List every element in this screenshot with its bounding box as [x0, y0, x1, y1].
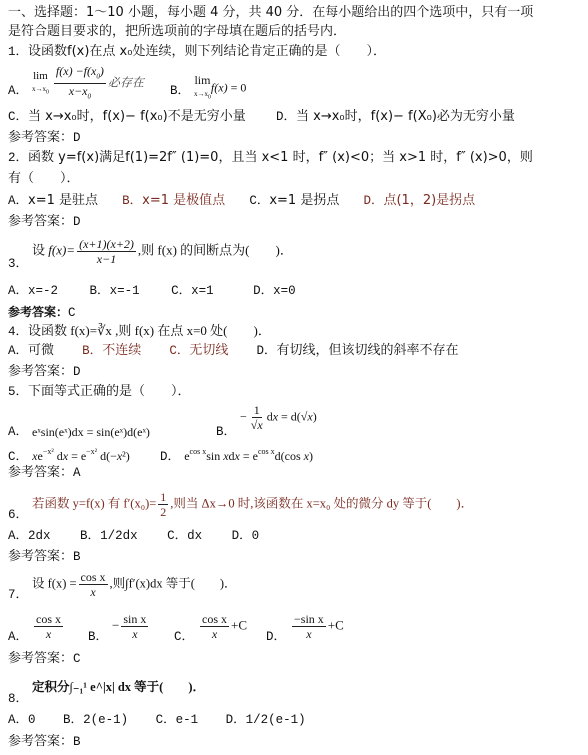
question-8-options: A．0 B．2(e-1) C．e-1 D．1/2(e-1)	[8, 711, 324, 729]
question-5-options-cd: C． xe−x² dx = e−x² d(−x²) D． ecos xsin x…	[8, 443, 313, 466]
question-6-options: A．2dx B．1/2dx C．dx D．0	[8, 527, 277, 545]
question-3-answer: 参考答案：C	[8, 303, 76, 322]
question-4-options: A．可微 B．不连续 C．无切线 D．有切线，但该切线的斜率不存在	[8, 342, 477, 360]
question-1-options-cd: C．当 x→x₀时，f(x)− f(x₀)不是无穷小量 D．当 x→x₀时，f(…	[8, 108, 515, 126]
question-5-stem: 5．下面等式正确的是（ ）．	[8, 383, 191, 401]
question-2-stem-line1: 2．函数 y=f(x)满足f(1)=2f″ (1)=0，且当 x<1 时，f″ …	[8, 149, 533, 167]
section-header-line1: 一、选择题：1～10 小题，每小题 4 分，共 40 分．在每小题给出的四个选项…	[8, 4, 533, 22]
question-2-options: A．x=1 是驻点 B．x=1 是极值点 C．x=1 是拐点 D．点(1，2)是…	[8, 192, 493, 210]
question-7-answer: 参考答案：C	[8, 650, 81, 668]
question-5-answer: 参考答案：A	[8, 464, 81, 482]
question-3-options: A．x=-2 B．x=-1 C．x=1 D．x=0	[8, 282, 314, 300]
option-b-formula: limx→x0f(x) = 0	[194, 74, 246, 103]
question-2-stem-line2: 有（ ）．	[8, 170, 80, 188]
option-a-formula: limx→x0 f(x) −f(x0)x−x0必存在	[32, 64, 144, 104]
question-4-stem: 4．设函数 f(x)=∛x ,则 f(x) 在点 x=0 处( )．	[8, 322, 271, 341]
question-2-answer: 参考答案：D	[8, 213, 81, 231]
question-1-stem: 1．设函数f(x)在点 x₀处连续，则下列结论肯定正确的是（ ）．	[8, 43, 386, 61]
question-1-answer: 参考答案：D	[8, 129, 81, 147]
section-header-line2: 是符合题目要求的，把所选项前的字母填在题后的括号内．	[8, 23, 346, 41]
question-4-answer: 参考答案：D	[8, 363, 81, 381]
question-8-answer: 参考答案：B	[8, 733, 81, 751]
question-6-answer: 参考答案：B	[8, 548, 81, 566]
option-b-formula: −1√xdx = d(√x)	[240, 403, 317, 432]
